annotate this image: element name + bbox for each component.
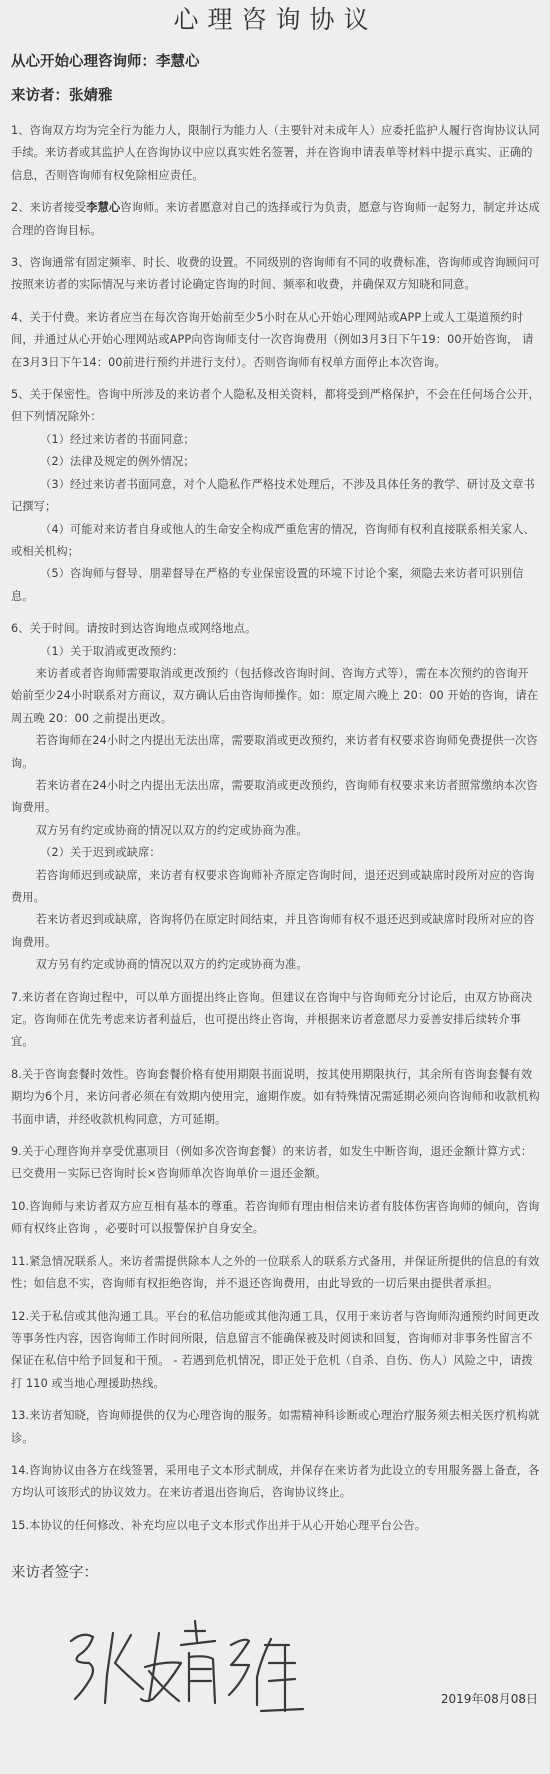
visitor-line: 来访者：张婧雅 xyxy=(11,86,540,106)
clause-text: 10.咨询师与来访者双方应互相有基本的尊重。若咨询师有理由相信来访者有肢体伤害咨… xyxy=(11,1196,540,1241)
counselor-name: 李慧心 xyxy=(86,201,120,214)
clause-text: 7.来访者在咨询过程中，可以单方面提出终止咨询。但建议在咨询中与咨询师充分讨论后… xyxy=(11,987,540,1054)
signature-date: 2019年08月08日 xyxy=(441,1690,538,1707)
agreement-document: 心理咨询协议 从心开始心理咨询师：李慧心 来访者：张婧雅 1、咨询双方均为完全行… xyxy=(0,0,550,1721)
clause-1: 1、咨询双方均为完全行为能力人，限制行为能力人（主要针对未成年人）应委托监护人履… xyxy=(11,120,540,187)
counselor-line: 从心开始心理咨询师：李慧心 xyxy=(11,52,540,72)
clause-9: 9.关于心理咨询并享受优惠项目（例如多次咨询套餐）的来访者，如发生中断咨询，退还… xyxy=(11,1141,540,1186)
subsection-paragraph: 双方另有约定或协商的情况以双方的约定或协商为准。 xyxy=(11,954,540,976)
clause-text: 14.咨询协议由各方在线签署，采用电子文本形式制成，并保存在来访者为此设立的专用… xyxy=(11,1460,540,1505)
clause-5-item: （3）经过来访者书面同意，对个人隐私作严格技术处理后，不涉及具体任务的教学、研讨… xyxy=(11,474,540,519)
clause-5-item: （5）咨询师与督导、朋辈督导在严格的专业保密设置的环境下讨论个案，须隐去来访者可… xyxy=(11,563,540,608)
subsection-paragraph: 若来访者迟到或缺席，咨询将仍在原定时间结束，并且咨询师有权不退还迟到或缺席时段所… xyxy=(11,909,540,954)
clause-8: 8.关于咨询套餐时效性。咨询套餐价格有使用期限书面说明，按其使用期限执行，其余所… xyxy=(11,1064,540,1131)
clause-5-item: （2）法律及规定的例外情况； xyxy=(11,451,540,473)
clause-text: 9.关于心理咨询并享受优惠项目（例如多次咨询套餐）的来访者，如发生中断咨询，退还… xyxy=(11,1141,540,1186)
clause-text: 13.来访者知晓，咨询师提供的仅为心理咨询的服务。如需精神科诊断或心理治疗服务须… xyxy=(11,1405,540,1450)
clause-text: 11.紧急情况联系人。来访者需提供除本人之外的一位联系人的联系方式备用，并保证所… xyxy=(11,1251,540,1296)
clause-intro: 5、关于保密性。咨询中所涉及的来访者个人隐私及相关资料，都将受到严格保护，不会在… xyxy=(11,384,540,429)
clause-15: 15.本协议的任何修改、补充均应以电子文本形式作出并于从心开始心理平台公告。 xyxy=(11,1515,540,1537)
clause-3: 3、咨询通常有固定频率、时长、收费的设置。不同级别的咨询师有不同的收费标准，咨询… xyxy=(11,252,540,297)
clause-text: 15.本协议的任何修改、补充均应以电子文本形式作出并于从心开始心理平台公告。 xyxy=(11,1515,540,1537)
subsection-paragraph: 双方另有约定或协商的情况以双方的约定或协商为准。 xyxy=(11,820,540,842)
clause-text: 3、咨询通常有固定频率、时长、收费的设置。不同级别的咨询师有不同的收费标准，咨询… xyxy=(11,252,540,297)
subsection-title: （2）关于迟到或缺席： xyxy=(11,842,540,864)
clause-11: 11.紧急情况联系人。来访者需提供除本人之外的一位联系人的联系方式备用，并保证所… xyxy=(11,1251,540,1296)
subsection-paragraph: 若咨询师迟到或缺席，来访者有权要求咨询师补齐原定咨询时间，退还迟到或缺席时段所对… xyxy=(11,865,540,910)
signature-label: 来访者签字： xyxy=(11,1563,540,1583)
clause-2: 2、来访者接受李慧心咨询师。来访者愿意对自己的选择或行为负责，愿意与咨询师一起努… xyxy=(11,197,540,242)
clause-text: 2、来访者接受李慧心咨询师。来访者愿意对自己的选择或行为负责，愿意与咨询师一起努… xyxy=(11,197,540,242)
clause-5-item: （1）经过来访者的书面同意； xyxy=(11,429,540,451)
clause-text: 12.关于私信或其他沟通工具。平台的私信功能或其他沟通工具，仅用于来访者与咨询师… xyxy=(11,1306,540,1396)
subsection-title: （1）关于取消或更改预约： xyxy=(11,641,540,663)
clause-14: 14.咨询协议由各方在线签署，采用电子文本形式制成，并保存在来访者为此设立的专用… xyxy=(11,1460,540,1505)
subsection-paragraph: 若来访者在24小时之内提出无法出席，需要取消或更改预约，咨询师有权要求来访者照常… xyxy=(11,775,540,820)
subsection-paragraph: 若咨询师在24小时之内提出无法出席，需要取消或更改预约，来访者有权要求咨询师免费… xyxy=(11,730,540,775)
clause-intro: 6、关于时间。请按时到达咨询地点或网络地点。 xyxy=(11,618,540,640)
clause-10: 10.咨询师与来访者双方应互相有基本的尊重。若咨询师有理由相信来访者有肢体伤害咨… xyxy=(11,1196,540,1241)
clause-4: 4、关于付费。来访者应当在每次咨询开始前至少5小时在从心开始心理网站或APP上或… xyxy=(11,307,540,374)
document-title: 心理咨询协议 xyxy=(11,0,540,40)
clause-7: 7.来访者在咨询过程中，可以单方面提出终止咨询。但建议在咨询中与咨询师充分讨论后… xyxy=(11,987,540,1054)
clause-5: 5、关于保密性。咨询中所涉及的来访者个人隐私及相关资料，都将受到严格保护，不会在… xyxy=(11,384,540,608)
clause-text: 4、关于付费。来访者应当在每次咨询开始前至少5小时在从心开始心理网站或APP上或… xyxy=(11,307,540,374)
subsection-paragraph: 来访者或者咨询师需要取消或更改预约（包括修改咨询时间、咨询方式等），需在本次预约… xyxy=(11,663,540,730)
handwritten-signature xyxy=(49,1611,309,1721)
clause-text: 8.关于咨询套餐时效性。咨询套餐价格有使用期限书面说明，按其使用期限执行，其余所… xyxy=(11,1064,540,1131)
clause-6: 6、关于时间。请按时到达咨询地点或网络地点。 （1）关于取消或更改预约： 来访者… xyxy=(11,618,540,977)
clause-text: 1、咨询双方均为完全行为能力人，限制行为能力人（主要针对未成年人）应委托监护人履… xyxy=(11,120,540,187)
clause-13: 13.来访者知晓，咨询师提供的仅为心理咨询的服务。如需精神科诊断或心理治疗服务须… xyxy=(11,1405,540,1450)
clause-12: 12.关于私信或其他沟通工具。平台的私信功能或其他沟通工具，仅用于来访者与咨询师… xyxy=(11,1306,540,1396)
clause-5-item: （4）可能对来访者自身或他人的生命安全构成严重危害的情况，咨询师有权利直接联系相… xyxy=(11,519,540,564)
clause-2-prefix: 2、来访者接受 xyxy=(11,201,86,214)
